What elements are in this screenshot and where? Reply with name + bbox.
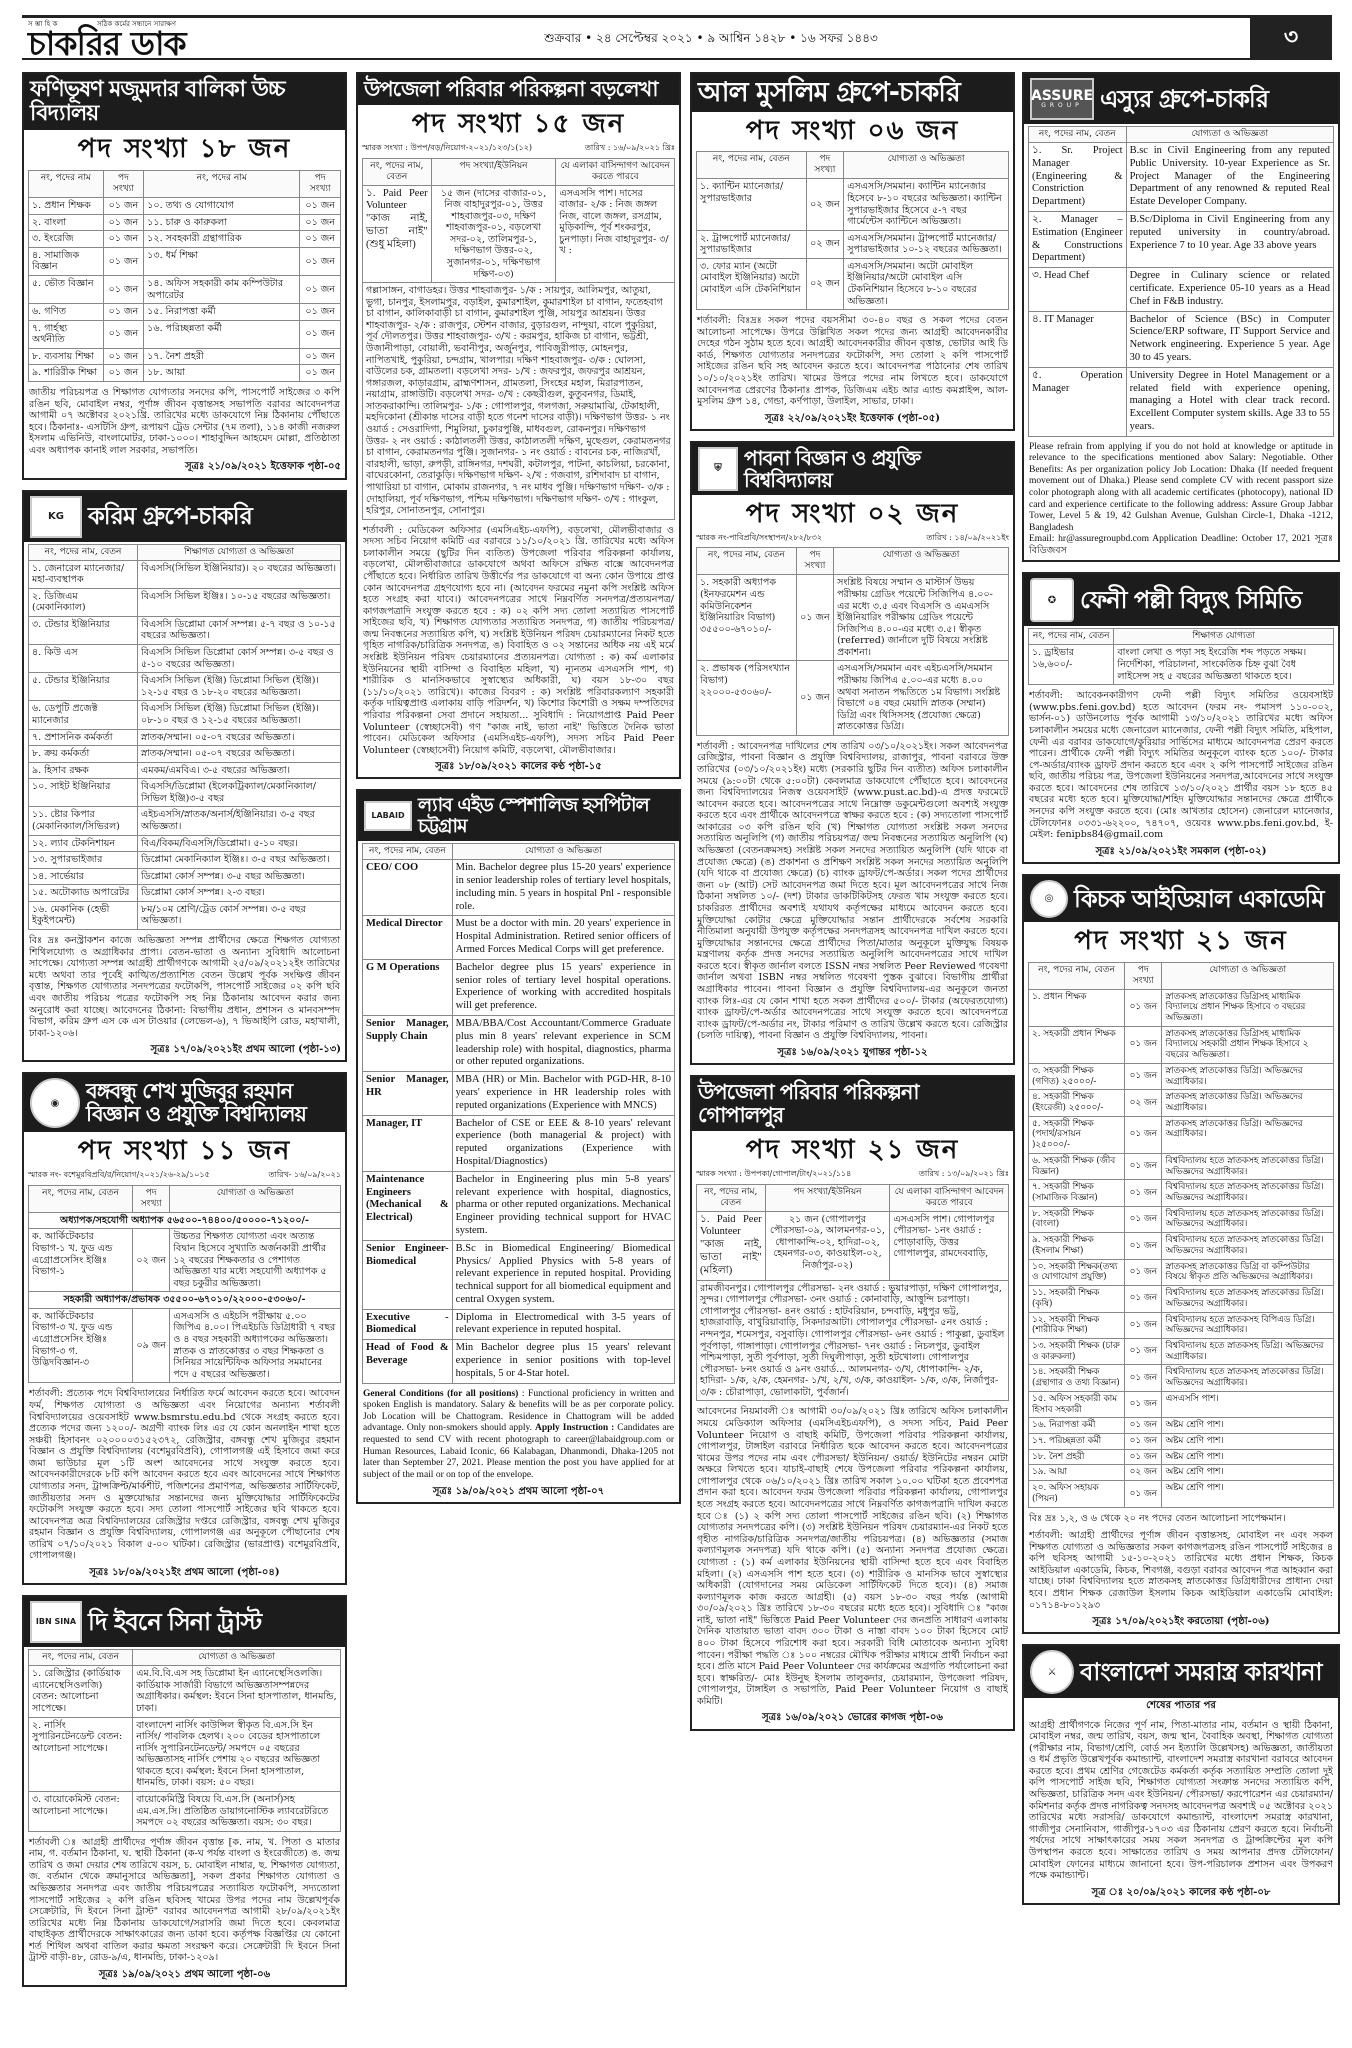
cell: ১. Paid Peer Volunteer "কাজ নাই, ভাতা না… [363, 185, 432, 283]
ad-body: আগ্রহী প্রার্থীগণকে নিজের পূর্ণ নাম, পিত… [1024, 1717, 1338, 1885]
cell: ৩. ফোর ম্যান (অটো মোবাইল ইঞ্জিনিয়ার) অট… [697, 258, 807, 309]
column-4: ASSURE GROUP এস্যুর গ্রুপে-চাকরি নং, পদে… [1022, 72, 1340, 1915]
ad-title: দি ইবনে সিনা ট্রাস্ট [88, 1609, 261, 1635]
col-header: যে এলাকা বাসিন্দাগণ আবেদন করতে পারবে [890, 1184, 1009, 1211]
cell: ০১ জন [1125, 1418, 1162, 1434]
cell: ১১. সহকারী শিক্ষক (কৃষি) [1029, 1286, 1125, 1312]
cell: Maintenance Engineers (Mechanical & Elec… [363, 1171, 453, 1240]
col-header: পদ সংখ্যা [806, 152, 844, 179]
ad-body: General Conditions (for all positions) :… [358, 1386, 679, 1485]
ad-source: সূত্রঃ ২১/০৯/২০২১ইং সমকাল (পৃষ্ঠা-০২) [1024, 844, 1338, 862]
table-row: ১. রেজিস্ট্রার (কার্ডিয়াক এ্যানেস্থেসিও… [29, 1666, 341, 1717]
memo-number: স্মারক সংখ্যা : উপপ/বড়/নিয়োগ-২০২১/১২৩/… [362, 143, 532, 153]
post-count: পদ সংখ্যা ১৮ জন [24, 130, 345, 168]
memo-line: স্মারক নং- বশেমুরবিপ্রবি/র/নিয়োগ/২০২১/২… [24, 1170, 345, 1183]
cell: স্নাতকসহ স্নাতকোত্তর ডিগ্রি বা কম্পিউটার… [1162, 1259, 1334, 1285]
cell: ২১ জন (গোপালপুর পৌরসভা-০৯, আলমনগর-০১, ধো… [765, 1211, 890, 1280]
cell: ০৯ জন [133, 1308, 170, 1382]
col-header: পদ সংখ্যা [300, 171, 341, 198]
cell: ০১ জন [1125, 1391, 1162, 1417]
table-row: Maintenance Engineers (Mechanical & Elec… [363, 1171, 675, 1240]
cell: ০১ জন [796, 661, 833, 735]
table-row: ৮. সহকারী শিক্ষক (বাংলা)০১ জনবিশ্ববিদ্যা… [1029, 1206, 1334, 1232]
cell: ১৩. ধর্ম শিক্ষা [144, 247, 300, 275]
cell: ১২. ল্যাব টেকনিশায়ন [29, 835, 138, 852]
karim-logo-icon: KG [30, 496, 82, 538]
ad-bsmrstu: ◉ বঙ্গবন্ধু শেখ মুজিবুর রহমান বিজ্ঞান ও … [22, 1072, 347, 1585]
posts-table: নং, পদের নাম, বেতনপদ সংখ্যাযোগ্যতা ও অভি… [696, 151, 1009, 310]
cell: ৩. টেন্ডার ইঞ্জিনিয়ার [29, 616, 138, 644]
memo-line: স্মারক নং-পাবিপ্রবি/সংস্থাপন/২৮২/৮৩২ তার… [692, 533, 1013, 546]
cell: ০১ জন [103, 247, 144, 275]
col-header: শিক্ষাগত যোগ্যতা [1114, 629, 1334, 645]
area-list: গল্লাসাঙ্গন, বাগাডহর। উত্তর শাহবাজপুর- ১… [363, 283, 675, 520]
memo-number: স্মারক নং-পাবিপ্রবি/সংস্থাপন/২৮২/৮৩২ [696, 533, 822, 543]
cell: বিশ্ববিদ্যালয় হতে স্নাতকসহ স্নাতকোত্তর … [1162, 1286, 1334, 1312]
ad-body: শর্তাবলী : মেডিকেল অফিসার (এমসিএইচ-এফপি)… [358, 522, 679, 760]
table-row: ১. Paid Peer Volunteer "কাজ নাই, ভাতা না… [697, 1211, 1009, 1280]
table-row: ১. প্রধান শিক্ষক০১ জন১০. তথ্য ও যোগাযোগ০… [29, 198, 341, 215]
cell: ০১ জন [1125, 1286, 1162, 1312]
cell: ০১ জন [1125, 1259, 1162, 1285]
table-row: ১৫. অফিস সহকারী কাম হিসাব সহকারী০১ জনএসএ… [1029, 1391, 1334, 1417]
ad-note: বিঃ দ্রঃ ১,২, ও ৬ থেকে ২০ নং পদের বেতন আ… [1024, 1510, 1338, 1528]
table-row: ১০. সাইট ইঞ্জিনিয়ারবিএসসি/ডিপ্লোমা (ইলে… [29, 779, 341, 807]
col-header: যোগ্যতা ও অভিজ্ঞতা [834, 548, 1009, 575]
cell: ১৫. অটোক্যাড অপারেটর [29, 885, 138, 902]
table-row: ৭. গার্হস্থ্য অর্থনীতি০১ জন১৬. পরিচ্ছন্ন… [29, 320, 341, 348]
memo-number: স্মারক নং- বশেমুরবিপ্রবি/র/নিয়োগ/২০২১/২… [28, 1170, 210, 1180]
cell: ৬. সহকারী শিক্ষক (জীব বিজ্ঞান) [1029, 1153, 1125, 1179]
ad-source: সূত্রঃ ১৭/০৯/২০২১ইং প্রথম আলো (পৃষ্ঠা-১৩… [24, 1042, 345, 1060]
cell: স্নাতকসহ স্নাতকোত্তর ডিগ্রিসহ মাধ্যমিক ব… [1162, 989, 1334, 1026]
col-header: নং, পদের নাম [29, 171, 104, 198]
cell: ১৬. মেকানিক (হেভী ইকুইপমেন্ট) [29, 901, 138, 929]
table-row: ৭. সহকারী শিক্ষক (সামাজিক বিজ্ঞান)০১ জনব… [1029, 1180, 1334, 1206]
cell: এসএসসি/সমমান। ক্যান্টিন ম্যানেজার হিসেবে… [844, 179, 1009, 230]
cell: ৪. সহকারী শিক্ষক (ইংরেজী) ২৫০০০/- [1029, 1090, 1125, 1116]
ad-source: সূত্রঃ ২২/০৯/২০২১ইং ইত্তেফাক (পৃষ্ঠা-০৫) [692, 411, 1013, 429]
ad-title: পাবনা বিজ্ঞান ও প্রযুক্তি বিশ্ববিদ্যালয় [744, 447, 1007, 491]
cell: বিএ/বিকম/বিএসসি/ডিপ্লোমা। ৫-১০ বছর। [137, 835, 340, 852]
cell: ১৫. নিরাপত্তা কর্মী [144, 304, 300, 321]
table-row: Senior Manager, Supply ChainMBA/BBA/Cost… [363, 1015, 675, 1071]
cell: এসএসসি/সমমান। ট্রান্সপোর্ট ম্যানেজার/ সু… [844, 230, 1009, 258]
ad-source: সূত্রঃ ১৮/০৯/২০২১ইং প্রথম আলো (পৃষ্ঠা-০৪… [24, 1565, 345, 1583]
cell: ১৫ জন (দাসের বাজার-০১, নিজ বাহাদুরপুর-০১… [431, 185, 556, 283]
table-row: ১০. সহকারী শিক্ষক(তথ্য ও যোগাযোগ প্রযুক্… [1029, 1259, 1334, 1285]
cell: ৬. গণিত [29, 304, 104, 321]
cell: ১৪. সার্ভেয়ার [29, 868, 138, 885]
table-row: ১৪. সহকারী শিক্ষক (গ্রন্থাগার ও তথ্য বিজ… [1029, 1365, 1334, 1391]
logo-subtext: GROUP [1041, 103, 1083, 109]
cell: স্নাতকসহ স্নাতকোত্তর ডিগ্রিসহ মাধ্যমিক ব… [1162, 1026, 1334, 1063]
cell: Must be a doctor with min. 20 years' exp… [452, 916, 674, 959]
ad-body: শর্তাবলী: প্রত্যেক পদে বিশ্ববিদ্যালয়ের … [24, 1385, 345, 1565]
table-row: ৭. প্রশাসনিক কর্মকর্তাস্নাতক/সম্মান। ০৫-… [29, 729, 341, 746]
table-row: ১. Paid Peer Volunteer "কাজ নাই, ভাতা না… [363, 185, 675, 283]
cell: ১. Paid Peer Volunteer "কাজ নাই, ভাতা না… [697, 1211, 766, 1280]
cell: CEO/ COO [363, 860, 453, 916]
ad-header: IBN SINA দি ইবনে সিনা ট্রাস্ট [24, 1597, 345, 1647]
table-row: ২. Manager – Estimation (Engineer & Cons… [1029, 211, 1334, 267]
table-row: ১২. ল্যাব টেকনিশায়নবিএ/বিকম/বিএসসি/ডিপ্… [29, 835, 341, 852]
cell: ০১ জন [1125, 1312, 1162, 1338]
table-row: ১৫. অটোক্যাড অপারেটরডিপ্লোমা কোর্স সম্পন… [29, 885, 341, 902]
cell: ০২ জন [1125, 1090, 1162, 1116]
ad-body: আবেদনের নিয়মাবলী ঃ আগামী ৩০/০৯/২০২১ খ্র… [692, 1403, 1013, 1710]
cell: ৪. কিউ এস [29, 645, 138, 673]
cell: ০১ জন [300, 198, 341, 215]
cell: ০১ জন [103, 348, 144, 365]
cell: Degree in Culinary science or related ce… [1126, 268, 1333, 311]
cell: ২. সহকারী প্রধান শিক্ষক [1029, 1026, 1125, 1063]
ad-source: সূত্র ঃ ২০/০৯/২০২১ কালের কণ্ঠ পৃষ্ঠা-০৮ [1024, 1885, 1338, 1903]
table-row: ২. সহকারী প্রধান শিক্ষক০১ জনস্নাতকসহ স্ন… [1029, 1026, 1334, 1063]
ad-source: সূত্রঃ ১৯/০৯/২০২১ প্রথম আলো পৃষ্ঠা-০৭ [358, 1484, 679, 1502]
cell: বিশ্ববিদ্যালয় হতে স্নাতকসহ বিপিএড ডিগ্র… [1162, 1312, 1334, 1338]
ad-title-line: বিজ্ঞান ও প্রযুক্তি বিশ্বদ্যািলয় [86, 1103, 306, 1126]
table-row: ৫. ভৌত বিজ্ঞান০১ জন১৪. অফিস সহকারী কাম ক… [29, 275, 341, 303]
ad-title: করিম গ্রুপে-চাকরি [88, 503, 252, 529]
table-row: ২. ট্রান্সপোর্ট ম্যানেজার/ সুপারভাইজার০২… [697, 230, 1009, 258]
conditions-label: General Conditions (for all positions) [363, 1389, 518, 1399]
cell: বিশ্ববিদ্যালয় হতে স্নাতকসহ ডিগ্রি। অভিজ… [1162, 1338, 1334, 1364]
ad-title: উপজেলা পরিবার পরিকল্পনা গোপালপুর [692, 1077, 1013, 1131]
cell: ১৮. নৈশ প্রহরী [1029, 1449, 1125, 1465]
table-row: ১. সহকারী অধ্যাপক (ইনফরমেশন এন্ড কমিউনিক… [697, 575, 1009, 661]
col-header: নং, পদের নাম [144, 171, 300, 198]
ad-title: ফণিভূষণ মজুমদার বালিকা উচ্চ বিদ্যালয় [24, 74, 345, 130]
cell: Senior Manager, HR [363, 1072, 453, 1115]
cell: ০১ জন [300, 275, 341, 303]
cell: Diploma in Electromedical with 3-5 years… [452, 1309, 674, 1340]
cell: ১৯. আয়া [1029, 1465, 1125, 1481]
table-row: ৯. শারিরীক শিক্ষা০১ জন১৮. আয়া০১ জন [29, 365, 341, 382]
col-header: নং, পদের নাম, বেতন [1029, 629, 1114, 645]
cell: ০২ জন [133, 1229, 170, 1292]
memo-date: তারিখ- ১৬/০৯/২০২১ [269, 1170, 341, 1180]
table-row: ১৬. মেকানিক (হেভী ইকুইপমেন্ট)৮ম/১০ম শ্রে… [29, 901, 341, 929]
cell: বাংলাদেশ নার্সিং কাউন্সিল স্বীকৃত বি.এস.… [133, 1717, 341, 1791]
cell: Min. Bachelor degree plus 15-20 years' e… [452, 860, 674, 916]
table-row: ৯. হিসাব রক্ষকএমকম/এমবিএ। ৩-৫ বছরের অভিজ… [29, 762, 341, 779]
cell: এম.বি.বি.এস সহ ডিপ্লোমা ইন এ্যানেস্থেসিও… [133, 1666, 341, 1717]
cell: ২. ডিজিএম (মেকানিক্যাল) [29, 588, 138, 616]
cell: ৫. Operation Manager [1029, 367, 1127, 436]
ad-pust: ⛨ পাবনা বিজ্ঞান ও প্রযুক্তি বিশ্ববিদ্যাল… [690, 441, 1015, 1065]
table-row: Senior Manager, HRMBA (HR) or Min. Bache… [363, 1072, 675, 1115]
memo-date: তারিখ : ১৬/০৯/২০২১ খ্রিঃ [585, 143, 675, 153]
cell: ০১ জন [103, 231, 144, 248]
ad-ibnsina: IBN SINA দি ইবনে সিনা ট্রাস্ট নং, পদের ন… [22, 1595, 347, 1987]
table-row: ১. Sr. Project Manager (Engineering & Co… [1029, 142, 1334, 211]
cell: Bachelor degree plus 15 years' experienc… [452, 959, 674, 1015]
table-row: ৪. সামাজিক বিজ্ঞান০১ জন১৩. ধর্ম শিক্ষা০১… [29, 247, 341, 275]
cell: ১৮. আয়া [144, 365, 300, 382]
masthead: স ম্ভা হি ক সঠিক কর্মের সন্ধানে সারাক্ষণ… [22, 15, 1332, 60]
table-row: ২. বাংলা০১ জন১১. চারু ও কারুকলা০১ জন [29, 214, 341, 231]
table-row: G M OperationsBachelor degree plus 15 ye… [363, 959, 675, 1015]
table-row: ২. ডিজিএম (মেকানিক্যাল)বিএসসি সিভিল ইঞ্জ… [29, 588, 341, 616]
cell: এসএসসি পাশ। [1162, 1391, 1334, 1417]
ad-kichok: ◎ কিচক আইডিয়াল একাডেমি পদ সংখ্যা ২১ জন … [1022, 874, 1340, 1635]
ibnsina-logo-icon: IBN SINA [30, 1601, 82, 1643]
table-row: ১. জেনারেল ম্যানেজার/মহা-ব্যবস্থাপকবিএসস… [29, 560, 341, 588]
col-header: যে এলাকা বাসিন্দাগণ আবেদন করতে পারবে [556, 158, 675, 185]
cell: ০১ জন [103, 365, 144, 382]
posts-table: নং, পদের নাম পদ সংখ্যা নং, পদের নাম পদ স… [28, 170, 341, 382]
cell: বায়োকেমিস্ট্রি বিষয়ে বি.এস.সি (অনার্স)… [133, 1791, 341, 1831]
col-header: নং, পদের নাম, বেতন [29, 544, 138, 560]
cell: ১. প্রধান শিক্ষক [1029, 989, 1125, 1026]
memo-date: তারিখ : ১৪/০৯/২০২১ইং [926, 533, 1009, 543]
cell: ১২. সবহকারী গ্রন্থাগারিক [144, 231, 300, 248]
cell: ১. রেজিস্ট্রার (কার্ডিয়াক এ্যানেস্থেসিও… [29, 1666, 133, 1717]
ad-source: সূত্রঃ ১৬/০৯/২০২১ ভোরের কাগজ পৃষ্ঠা-০৬ [692, 1710, 1013, 1728]
cell: Medical Director [363, 916, 453, 959]
cell: ৯. সহকারী শিক্ষক (ইসলাম শিক্ষা) [1029, 1233, 1125, 1259]
cell: ০১ জন [1125, 989, 1162, 1026]
cell: ক. আর্কিটেকচার বিভাগ-১ খ. ফুড এন্ড এগ্রো… [29, 1229, 133, 1292]
col-header: পদ সংখ্যা/ইউনিয়ন [431, 158, 556, 185]
cell: MBA (HR) or Min. Bachelor with PGD-HR, 8… [452, 1072, 674, 1115]
cell: এসএসসি পাশ। দাসের বাজার- ২/ক : নিজ জঙ্গল… [556, 185, 675, 283]
cell: ক. আর্কিটেকচার বিভাগ-৩ খ. ফুড এন্ড এগ্রো… [29, 1308, 133, 1382]
cell: ১. জেনারেল ম্যানেজার/মহা-ব্যবস্থাপক [29, 560, 138, 588]
col-header: যোগ্যতা ও অভিজ্ঞতা [844, 152, 1009, 179]
cell: ০২ জন [806, 230, 844, 258]
cell: বিএসসি সিভিল (ইঞ্জি) ডিপ্লোমা সিভিল (ইঞ্… [137, 673, 340, 701]
posts-table: নং, পদের নাম, বেতনশিক্ষাগত যোগ্যতা ১. ড্… [1028, 628, 1334, 685]
ad-source: সূত্রঃ ১৬/০৯/২০২১ যুগান্তর পৃষ্ঠা-১২ [692, 1045, 1013, 1063]
cell: ১৩. সুপারভাইজার [29, 852, 138, 869]
cell: ০১ জন [796, 575, 833, 661]
table-row: ৮. ক্রয় কর্মকর্তাস্নাতক/সম্মান। ০৫-০৭ ব… [29, 746, 341, 763]
ad-header: LABAID ল্যাব এইড স্পেশালিজ হসপিটাল চট্টগ… [358, 791, 679, 841]
table-row: ১. প্রধান শিক্ষক০১ জনস্নাতকসহ স্নাতকোত্ত… [1029, 989, 1334, 1026]
cell: ১. Sr. Project Manager (Engineering & Co… [1029, 142, 1127, 211]
cell: ডিপ্লোমা মেকানিক্যাল ইঞ্জিঃ। ৩-৫ বছর অভি… [137, 852, 340, 869]
cell: ১. ক্যান্টিন ম্যানেজার/ সুপারভাইজার [697, 179, 807, 230]
ad-title: বাংলাদেশ সমরাস্ত্র কারখানা [1080, 1659, 1321, 1685]
cell: ০২ জন [1125, 1465, 1162, 1481]
cell: B.sc in Civil Engineering from any reput… [1126, 142, 1333, 211]
posts-table: নং, পদের নাম, বেতনপদ সংখ্যাযোগ্যতা ও অভি… [28, 1185, 341, 1383]
table-row: ৬. গণিত০১ জন১৫. নিরাপত্তা কর্মী০১ জন [29, 304, 341, 321]
memo-line: স্মারক সংখ্যা : উপপ/বড়/নিয়োগ-২০২১/১২৩/… [358, 143, 679, 156]
cell: Manager, IT [363, 1115, 453, 1171]
cell: B.Sc/Diploma in Civil Engineering from a… [1126, 211, 1333, 267]
cell: ৫. টেন্ডার ইঞ্জিনিয়ার [29, 673, 138, 701]
posts-table: নং, পদের নাম, বেতনযোগ্যতা ও অভিজ্ঞতা CEO… [362, 843, 675, 1383]
apply-label: Apply Instruction : [535, 1423, 614, 1433]
col-header: নং, পদের নাম, বেতন [697, 548, 797, 575]
col-header: নং, পদের নাম, বেতন [1029, 127, 1127, 143]
cell: ০১ জন [1125, 1233, 1162, 1259]
table-row: ১৬. নিরাপত্তা কর্মী০১ জনঅষ্টম শ্রেণি পাশ… [1029, 1418, 1334, 1434]
table-row: ১২. সহকারী শিক্ষক (শারীরিক শিক্ষা)০১ জনব… [1029, 1312, 1334, 1338]
cell: ০১ জন [300, 231, 341, 248]
table-row: Manager, ITBachelor of CSE or EEE & 8-10… [363, 1115, 675, 1171]
ad-karim: KG করিম গ্রুপে-চাকরি নং, পদের নাম, বেতনশ… [22, 490, 347, 1063]
cell: ৮. ব্যবসায় শিক্ষা [29, 348, 104, 365]
ad-title: আল মুসলিম গ্রুপে-চাকরি [692, 74, 1013, 112]
cell: ১০. সাইট ইঞ্জিনিয়ার [29, 779, 138, 807]
table-row: CEO/ COOMin. Bachelor degree plus 15-20 … [363, 860, 675, 916]
page-number: ৩ [1250, 18, 1332, 58]
column-3: আল মুসলিম গ্রুপে-চাকরি পদ সংখ্যা ০৬ জন ন… [690, 72, 1015, 1741]
cell: ৩. Head Chef [1029, 268, 1127, 311]
ad-header: ⛨ পাবনা বিজ্ঞান ও প্রযুক্তি বিশ্ববিদ্যাল… [692, 443, 1013, 495]
cell: স্নাতকসহ স্নাতকোত্তর ডিগ্রি। অভিজ্ঞদের অ… [1162, 1090, 1334, 1116]
cell: বিএসসি/ডিপ্লোমা (ইলেকট্রিক্যাল/মেকানিক্য… [137, 779, 340, 807]
posts-table: নং, পদের নাম, বেতনপদ সংখ্যাযোগ্যতা ও অভি… [696, 547, 1009, 735]
table-row: ৩. বায়োকেমিস্ট বেতন: আলোচনা সাপেক্ষে।বা… [29, 1791, 341, 1831]
cell: ০১ জন [1125, 1206, 1162, 1232]
cell: অষ্টম শ্রেণি পাশ। [1162, 1449, 1334, 1465]
cell: University Degree in Hotel Management or… [1126, 367, 1333, 436]
cell: বিশ্ববিদ্যালয় হতে স্নাতকসহ স্নাতকোত্তর … [1162, 1365, 1334, 1391]
cell: বিশ্ববিদ্যালয় হতে স্নাতকসহ স্নাতকোত্তর … [1162, 1206, 1334, 1232]
cell: ৪. IT Manager [1029, 311, 1127, 367]
col-header: নং, পদের নাম, বেতন [363, 158, 432, 185]
cell: ০১ জন [1125, 1180, 1162, 1206]
table-row: ১৩. সুপারভাইজারডিপ্লোমা মেকানিক্যাল ইঞ্জ… [29, 852, 341, 869]
ad-header: ⚔ বাংলাদেশ সমরাস্ত্র কারখানা [1024, 1646, 1338, 1698]
table-row: ১৪. সার্ভেয়ারডিপ্লোমা কোর্স সম্পন্ন। ৩-… [29, 868, 341, 885]
post-count: পদ সংখ্যা ০৬ জন [692, 112, 1013, 150]
cell: ৪. সামাজিক বিজ্ঞান [29, 247, 104, 275]
masthead-date: শুক্রবার • ২৪ সেপ্টেম্বর ২০২১ • ৯ আশ্বিন… [292, 31, 1250, 46]
cell: ৩. বায়োকেমিস্ট বেতন: আলোচনা সাপেক্ষে। [29, 1791, 133, 1831]
cell: ১. প্রধান শিক্ষক [29, 198, 104, 215]
cell: ৩. সহকারী শিক্ষক (গণিত) ২৫০০০/- [1029, 1063, 1125, 1089]
cell: বিশ্ববিদ্যালয় হতে স্নাতকসহ স্নাতকোত্তর … [1162, 1233, 1334, 1259]
post-count: পদ সংখ্যা ১১ জন [24, 1132, 345, 1170]
post-count: পদ সংখ্যা ২১ জন [1024, 922, 1338, 960]
cell: ১১. চারু ও কারুকলা [144, 214, 300, 231]
posts-table: নং, পদের নাম, বেতনপদ সংখ্যা/ইউনিয়নযে এল… [362, 158, 675, 520]
posts-table: নং, পদের নাম, বেতনযোগ্যতা ও অভিজ্ঞতা ১. … [28, 1649, 341, 1831]
cell: উচ্চতর শিক্ষগত যোগ্যতা এবং অত্যন্ত বিদ্ব… [170, 1229, 341, 1292]
email-link[interactable]: hr@assuregroupbd.com [1058, 534, 1149, 544]
cell: ৮ম/১০ম শ্রেণি/ট্রেড কোর্স সম্পন্ন। ৩-৫ ব… [137, 901, 340, 929]
ad-almuslim: আল মুসলিম গ্রুপে-চাকরি পদ সংখ্যা ০৬ জন ন… [690, 72, 1015, 431]
col-header: যোগ্যতা ও অভিজ্ঞতা [133, 1650, 341, 1666]
cell: এসএসসি ও এইচসি পরীক্ষায় ৫.০০ জিপিএ ৪.০০… [170, 1308, 341, 1382]
table-row: ৫. সহকারী শিক্ষক (পদার্থ/রসায়ন )২৫০০০/-… [1029, 1116, 1334, 1153]
cell: স্নাতক/সম্মান। ০৫-০৭ বছরের অভিজ্ঞতা। [137, 729, 340, 746]
col-header: নং, পদের নাম, বেতন [697, 152, 807, 179]
cell: Head of Food & Beverage [363, 1340, 453, 1383]
column-1: ফণিভূষণ মজুমদার বালিকা উচ্চ বিদ্যালয় পদ… [22, 72, 347, 1997]
pbs-seal-icon: ✪ [1030, 578, 1074, 622]
col-header: পদ সংখ্যা/ইউনিয়ন [765, 1184, 890, 1211]
ad-labaid: LABAID ল্যাব এইড স্পেশালিজ হসপিটাল চট্টগ… [356, 789, 681, 1504]
cell: ডিপ্লোমা কোর্স সম্পন্ন। ২-৩ বছর। [137, 885, 340, 902]
ad-header: ◉ বঙ্গবন্ধু শেখ মুজিবুর রহমান বিজ্ঞান ও … [24, 1074, 345, 1132]
table-row: ১৭. পরিচ্ছন্নতা কর্মী০১ জনঅষ্টম শ্রেণি প… [1029, 1433, 1334, 1449]
area-list: রামজীবনপুর। গোপালপুর পৌরসভা- ২নং ওয়ার্ড… [697, 1280, 1009, 1401]
posts-table: নং, পদের নাম, বেতনশিক্ষাগত যোগ্যতা ও অভি… [28, 544, 341, 930]
cell: ০১ জন [1125, 1433, 1162, 1449]
cell: ২০. অফিস সহায়ক (পিয়ন) [1029, 1481, 1125, 1507]
cell: ৭. সহকারী শিক্ষক (সামাজিক বিজ্ঞান) [1029, 1180, 1125, 1206]
cell: ৯. শারিরীক শিক্ষা [29, 365, 104, 382]
table-row: Medical DirectorMust be a doctor with mi… [363, 916, 675, 959]
cell: এমকম/এমবিএ। ৩-৫ বছরের অভিজ্ঞতা। [137, 762, 340, 779]
cell: বিএসসি সিভিল ইঞ্জিঃ। ১০-১৫ বছরের অভিজ্ঞত… [137, 588, 340, 616]
table-row: ৬. ডেপুটি প্রজেক্ট ম্যানেজারবিএসসি সিভিল… [29, 701, 341, 729]
assure-logo-icon: ASSURE GROUP [1030, 78, 1094, 120]
cell: ০১ জন [1125, 1063, 1162, 1089]
cell: Min Bachelor degree plus 15 years' relev… [452, 1340, 674, 1383]
col-header: যোগ্যতা ও অভিজ্ঞতা [170, 1185, 341, 1212]
ad-title: উপজেলা পরিবার পরিকল্পনা বড়লেখা [358, 74, 679, 105]
table-row: ১১. ষ্টোর কিপার (মেকানিক্যাল/সিভিরল)এইচএ… [29, 807, 341, 835]
cell: ১৬. পরিচ্ছন্নতা কর্মী [144, 320, 300, 348]
cell: B.Sc in Biomedical Engineering/ Biomedic… [452, 1240, 674, 1309]
ad-source: সূত্রঃ ১৯/০৯/২০২১ প্রথম আলো পৃষ্ঠা-০৬ [24, 1967, 345, 1985]
ad-subtitle: শেষের পাতার পর [1024, 1698, 1338, 1716]
cell: ০১ জন [300, 320, 341, 348]
column-2: উপজেলা পরিবার পরিকল্পনা বড়লেখা পদ সংখ্য… [356, 72, 681, 1514]
school-emblem-icon: ◎ [1030, 880, 1068, 918]
table-row: ৮. ব্যবসায় শিক্ষা০১ জন১৭. নৈশ প্রহরী০১ … [29, 348, 341, 365]
col-header: যোগ্যতা ও অভিজ্ঞতা [1126, 127, 1333, 143]
ad-header: KG করিম গ্রুপে-চাকরি [24, 492, 345, 542]
ad-bof: ⚔ বাংলাদেশ সমরাস্ত্র কারখানা শেষের পাতার… [1022, 1644, 1340, 1904]
cell: ০২ জন [806, 258, 844, 309]
cell: ০২ জন [806, 179, 844, 230]
crossed-swords-emblem-icon: ⚔ [1030, 1650, 1074, 1694]
ad-body: শর্তাবলী ঃ আগ্রহী প্রার্থীদের পূর্ণাঙ্গ … [24, 1834, 345, 1967]
ad-body: Please refrain from applying if you do n… [1024, 439, 1338, 561]
cell: ১১. ষ্টোর কিপার (মেকানিক্যাল/সিভিরল) [29, 807, 138, 835]
table-row: ৩. ইংরেজি০১ জন১২. সবহকারী গ্রন্থাগারিক০১… [29, 231, 341, 248]
cell: ১৩. সহকারী শিক্ষক (চারু ও কারুকলা) [1029, 1338, 1125, 1364]
table-row: ১৩. সহকারী শিক্ষক (চারু ও কারুকলা)০১ জনব… [1029, 1338, 1334, 1364]
cell: ১৪. অফিস সহকারী কাম কম্পিউটার অপারেটর [144, 275, 300, 303]
cell: ১৬. নিরাপত্তা কর্মী [1029, 1418, 1125, 1434]
table-row: ৩. সহকারী শিক্ষক (গণিত) ২৫০০০/-০১ জনস্না… [1029, 1063, 1334, 1089]
labaid-logo-icon: LABAID [364, 801, 412, 831]
table-row: ১৮. নৈশ প্রহরী০১ জনঅষ্টম শ্রেণি পাশ। [1029, 1449, 1334, 1465]
post-count: পদ সংখ্যা ২১ জন [692, 1131, 1013, 1169]
cell: ২. ট্রান্সপোর্ট ম্যানেজার/ সুপারভাইজার [697, 230, 807, 258]
posts-table: নং, পদের নাম, বেতনপদ সংখ্যা/ইউনিয়নযে এল… [696, 1184, 1009, 1402]
ad-body: শর্তাবলী: বিঃদ্রঃ সকল পদের বয়সসীমা ৩০-৪… [692, 312, 1013, 411]
cell: ০১ জন [1125, 1153, 1162, 1179]
cell: বিশ্ববিদ্যালয় হতে স্নাতকসহ স্নাতকোত্তর … [1162, 1180, 1334, 1206]
ad-title: বঙ্গবন্ধু শেখ মুজিবুর রহমান বিজ্ঞান ও প্… [86, 1080, 306, 1126]
post-count: পদ সংখ্যা ১৫ জন [358, 105, 679, 143]
col-header: যোগ্যতা ও অভিজ্ঞতা [1162, 962, 1334, 989]
ad-title: ফেনী পল্লী বিদ্যুৎ সিমিতি [1080, 587, 1301, 613]
col-header: নং, পদের নাম, বেতন [29, 1650, 133, 1666]
table-row: ৫. টেন্ডার ইঞ্জিনিয়ারবিএসসি সিভিল (ইঞ্জ… [29, 673, 341, 701]
table-row: ২. নার্সিং সুপারিনটেনডেন্ট বেতন: আলোচনা … [29, 1717, 341, 1791]
ad-title: কিচক আইডিয়াল একাডেমি [1074, 886, 1324, 912]
cell: ২. Manager – Estimation (Engineer & Cons… [1029, 211, 1127, 267]
cell: ১৪. সহকারী শিক্ষক (গ্রন্থাগার ও তথ্য বিজ… [1029, 1365, 1125, 1391]
col-header: পদ সংখ্যা [103, 171, 144, 198]
cell: ০১ জন [103, 320, 144, 348]
ad-feni: ✪ ফেনী পল্লী বিদ্যুৎ সিমিতি নং, পদের নাম… [1022, 572, 1340, 863]
ad-body: জাতীয় পরিচয়পত্র ও শিক্ষাগত যোগ্যতার সন… [24, 384, 345, 459]
cell: অষ্টম শ্রেণি পাশ। [1162, 1481, 1334, 1507]
